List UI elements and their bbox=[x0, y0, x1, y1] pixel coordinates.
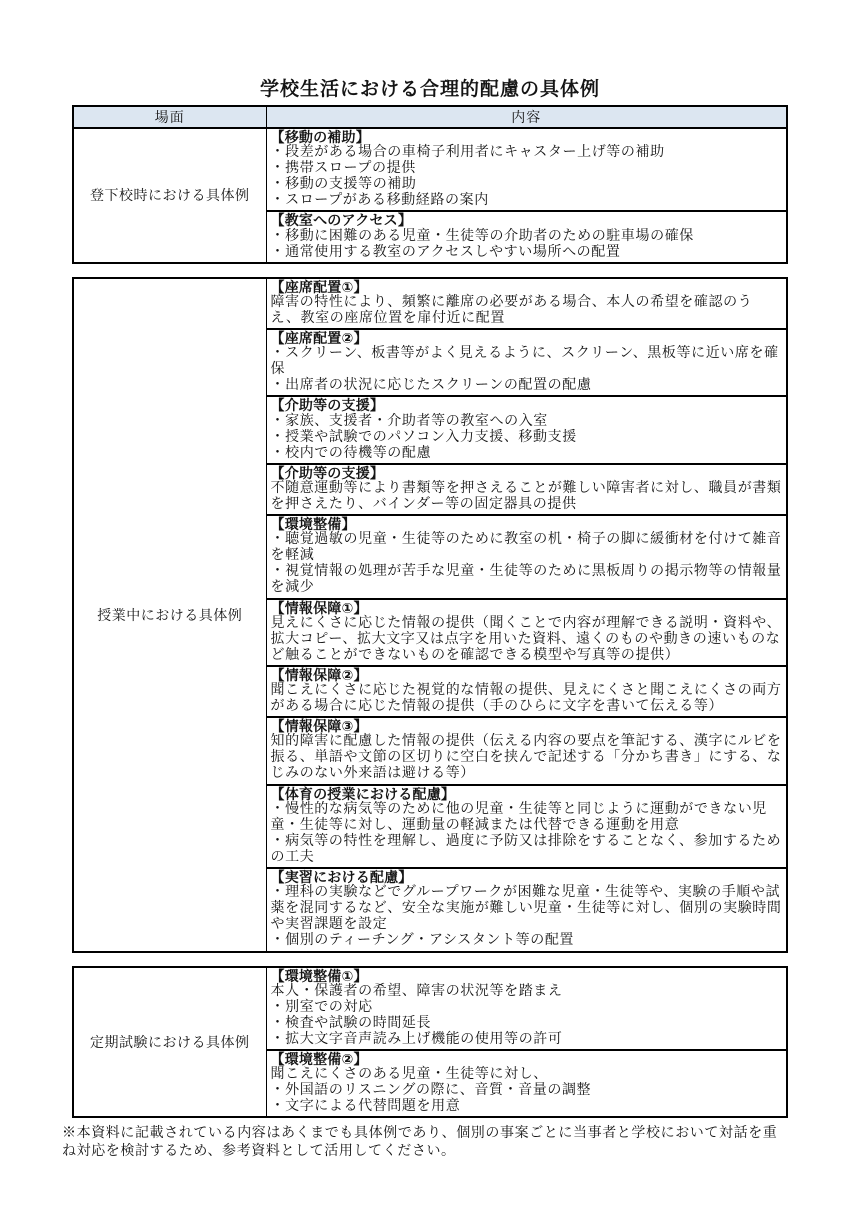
cell-heading: 【環境整備②】 bbox=[271, 1051, 783, 1067]
cell-line: ・拡大文字音声読み上げ機能の使用等の許可 bbox=[271, 1032, 783, 1048]
cell-line: ・外国語のリスニングの際に、音質・音量の調整 bbox=[271, 1083, 783, 1099]
table-row: 授業中における具体例【座席配置①】障害の特性により、頻繁に離席の必要がある場合、… bbox=[73, 278, 787, 329]
content-cell: 【環境整備】・聴覚過敏の児童・生徒等のために教室の机・椅子の脚に緩衝材を付けて雑… bbox=[266, 515, 787, 598]
content-cell: 【情報保障②】聞こえにくさに応じた視覚的な情報の提供、見えにくさと聞こえにくさの… bbox=[266, 666, 787, 717]
footnote: ※本資料に記載されている内容はあくまでも具体例であり、個別の事案ごとに当事者と学… bbox=[62, 1125, 788, 1160]
document-title: 学校生活における合理的配慮の具体例 bbox=[72, 74, 788, 101]
table-row: 定期試験における具体例【環境整備①】本人・保護者の希望、障害の状況等を踏まえ・別… bbox=[73, 967, 787, 1050]
cell-line: ・授業や試験でのパソコン入力支援、移動支援 bbox=[271, 430, 783, 446]
content-cell: 【座席配置②】・スクリーン、板書等がよく見えるように、スクリーン、黒板等に近い席… bbox=[266, 329, 787, 396]
cell-heading: 【介助等の支援】 bbox=[271, 465, 783, 481]
scene-cell: 定期試験における具体例 bbox=[73, 967, 266, 1118]
cell-line: ・通常使用する教室のアクセスしやすい場所への配置 bbox=[271, 245, 783, 261]
cell-line: ・携帯スロープの提供 bbox=[271, 161, 783, 177]
tables-container: 場面内容登下校時における具体例【移動の補助】・段差がある場合の車椅子利用者にキャ… bbox=[72, 105, 788, 1118]
content-cell: 【情報保障③】知的障害に配慮した情報の提供（伝える内容の要点を筆記する、漢字にル… bbox=[266, 717, 787, 784]
cell-heading: 【移動の補助】 bbox=[271, 129, 783, 145]
content-cell: 【体育の授業における配慮】・慢性的な病気等のために他の児童・生徒等と同じように運… bbox=[266, 785, 787, 868]
cell-heading: 【実習における配慮】 bbox=[271, 869, 783, 885]
cell-line: ・病気等の特性を理解し、過度に予防又は排除をすることなく、参加するための工夫 bbox=[271, 834, 783, 866]
cell-heading: 【座席配置②】 bbox=[271, 330, 783, 346]
cell-line: ・理科の実験などでグループワークが困難な児童・生徒等や、実験の手順や試薬を混同す… bbox=[271, 885, 783, 933]
cell-line: ・別室での対応 bbox=[271, 1000, 783, 1016]
accommodation-table-3: 定期試験における具体例【環境整備①】本人・保護者の希望、障害の状況等を踏まえ・別… bbox=[72, 966, 788, 1119]
cell-line: ・スクリーン、板書等がよく見えるように、スクリーン、黒板等に近い席を確保 bbox=[271, 346, 783, 378]
cell-line: ・視覚情報の処理が苦手な児童・生徒等のために黒板周りの掲示物等の情報量を減少 bbox=[271, 564, 783, 596]
cell-line: ・出席者の状況に応じたスクリーンの配置の配慮 bbox=[271, 378, 783, 394]
cell-line: 知的障害に配慮した情報の提供（伝える内容の要点を筆記する、漢字にルビを振る、単語… bbox=[271, 734, 783, 782]
cell-heading: 【環境整備】 bbox=[271, 516, 783, 532]
content-cell: 【座席配置①】障害の特性により、頻繁に離席の必要がある場合、本人の希望を確認のう… bbox=[266, 278, 787, 329]
cell-heading: 【体育の授業における配慮】 bbox=[271, 786, 783, 802]
cell-line: 聞こえにくさのある児童・生徒等に対し、 bbox=[271, 1067, 783, 1083]
cell-line: ・移動の支援等の補助 bbox=[271, 177, 783, 193]
cell-line: 不随意運動等により書類等を押さえることが難しい障害者に対し、職員が書類を押さえた… bbox=[271, 481, 783, 513]
content-cell: 【情報保障①】見えにくさに応じた情報の提供（聞くことで内容が理解できる説明・資料… bbox=[266, 599, 787, 666]
content-cell: 【介助等の支援】不随意運動等により書類等を押さえることが難しい障害者に対し、職員… bbox=[266, 464, 787, 515]
column-header-scene: 場面 bbox=[73, 106, 266, 128]
document-page: 学校生活における合理的配慮の具体例 場面内容登下校時における具体例【移動の補助】… bbox=[72, 74, 788, 1160]
cell-line: ・文字による代替問題を用意 bbox=[271, 1099, 783, 1115]
cell-heading: 【座席配置①】 bbox=[271, 279, 783, 295]
cell-line: ・スロープがある移動経路の案内 bbox=[271, 193, 783, 209]
cell-line: ・段差がある場合の車椅子利用者にキャスター上げ等の補助 bbox=[271, 145, 783, 161]
content-cell: 【環境整備①】本人・保護者の希望、障害の状況等を踏まえ・別室での対応・検査や試験… bbox=[266, 967, 787, 1050]
cell-line: ・校内での待機等の配慮 bbox=[271, 446, 783, 462]
cell-line: ・移動に困難のある児童・生徒等の介助者のための駐車場の確保 bbox=[271, 229, 783, 245]
accommodation-table-1: 場面内容登下校時における具体例【移動の補助】・段差がある場合の車椅子利用者にキャ… bbox=[72, 105, 788, 264]
cell-line: 聞こえにくさに応じた視覚的な情報の提供、見えにくさと聞こえにくさの両方がある場合… bbox=[271, 683, 783, 715]
cell-line: ・聴覚過敏の児童・生徒等のために教室の机・椅子の脚に緩衝材を付けて雑音を軽減 bbox=[271, 532, 783, 564]
cell-heading: 【情報保障①】 bbox=[271, 600, 783, 616]
cell-heading: 【情報保障②】 bbox=[271, 667, 783, 683]
cell-heading: 【教室へのアクセス】 bbox=[271, 212, 783, 228]
table-header-row: 場面内容 bbox=[73, 106, 787, 128]
scene-cell: 授業中における具体例 bbox=[73, 278, 266, 952]
cell-heading: 【介助等の支援】 bbox=[271, 397, 783, 413]
cell-line: ・検査や試験の時間延長 bbox=[271, 1016, 783, 1032]
cell-line: ・家族、支援者・介助者等の教室への入室 bbox=[271, 414, 783, 430]
cell-line: 本人・保護者の希望、障害の状況等を踏まえ bbox=[271, 984, 783, 1000]
column-header-content: 内容 bbox=[266, 106, 787, 128]
cell-heading: 【情報保障③】 bbox=[271, 718, 783, 734]
content-cell: 【実習における配慮】・理科の実験などでグループワークが困難な児童・生徒等や、実験… bbox=[266, 868, 787, 951]
content-cell: 【介助等の支援】・家族、支援者・介助者等の教室への入室・授業や試験でのパソコン入… bbox=[266, 396, 787, 463]
cell-line: 障害の特性により、頻繁に離席の必要がある場合、本人の希望を確認のうえ、教室の座席… bbox=[271, 295, 783, 327]
content-cell: 【教室へのアクセス】・移動に困難のある児童・生徒等の介助者のための駐車場の確保・… bbox=[266, 211, 787, 262]
table-row: 登下校時における具体例【移動の補助】・段差がある場合の車椅子利用者にキャスター上… bbox=[73, 128, 787, 211]
cell-line: ・個別のティーチング・アシスタント等の配置 bbox=[271, 933, 783, 949]
cell-line: 見えにくさに応じた情報の提供（聞くことで内容が理解できる説明・資料や、拡大コピー… bbox=[271, 616, 783, 664]
accommodation-table-2: 授業中における具体例【座席配置①】障害の特性により、頻繁に離席の必要がある場合、… bbox=[72, 277, 788, 953]
content-cell: 【環境整備②】聞こえにくさのある児童・生徒等に対し、・外国語のリスニングの際に、… bbox=[266, 1050, 787, 1117]
content-cell: 【移動の補助】・段差がある場合の車椅子利用者にキャスター上げ等の補助・携帯スロー… bbox=[266, 128, 787, 211]
cell-line: ・慢性的な病気等のために他の児童・生徒等と同じように運動ができない児童・生徒等に… bbox=[271, 802, 783, 834]
cell-heading: 【環境整備①】 bbox=[271, 968, 783, 984]
scene-cell: 登下校時における具体例 bbox=[73, 128, 266, 263]
